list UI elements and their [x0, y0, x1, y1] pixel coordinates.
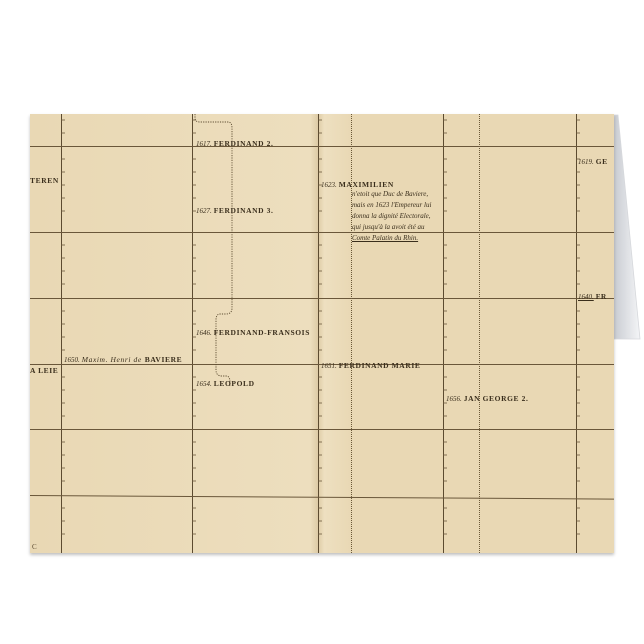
entry-ferdinand-marie: 1651.FERDINAND MARIE: [321, 361, 420, 370]
entry-fr-right: 1640.FR: [578, 292, 607, 301]
entry-ge-right: 1619.GE: [578, 157, 608, 166]
greeting-card-chart: TEREN A LEIE C 1617.FERDINAND 2. 1627.FE…: [30, 114, 614, 553]
entry-jan-george: 1656.JAN GEORGE 2.: [446, 394, 528, 403]
entry-ferdinand-3: 1627.FERDINAND 3.: [196, 206, 273, 215]
card-fold-flap: [612, 113, 644, 343]
corner-letter: C: [32, 543, 37, 551]
maximilien-note: n'etoit que Duc de Baviere, mais en 1623…: [352, 189, 431, 244]
left-edge-label-teren: TEREN: [30, 176, 59, 185]
entry-maxim-henri: 1650.Maxim. Henri deBAVIERE: [64, 355, 182, 364]
left-edge-label-aleie: A LEIE: [30, 366, 58, 375]
entry-ferdinand-2: 1617.FERDINAND 2.: [196, 139, 273, 148]
entry-maximilien: 1623.MAXIMILIEN: [321, 180, 394, 189]
entry-leopold: 1654.LEOPOLD: [196, 379, 255, 388]
lineage-connector: [195, 114, 232, 386]
entry-ferdinand-fransois: 1646.FERDINAND-FRANSOIS: [196, 328, 310, 337]
